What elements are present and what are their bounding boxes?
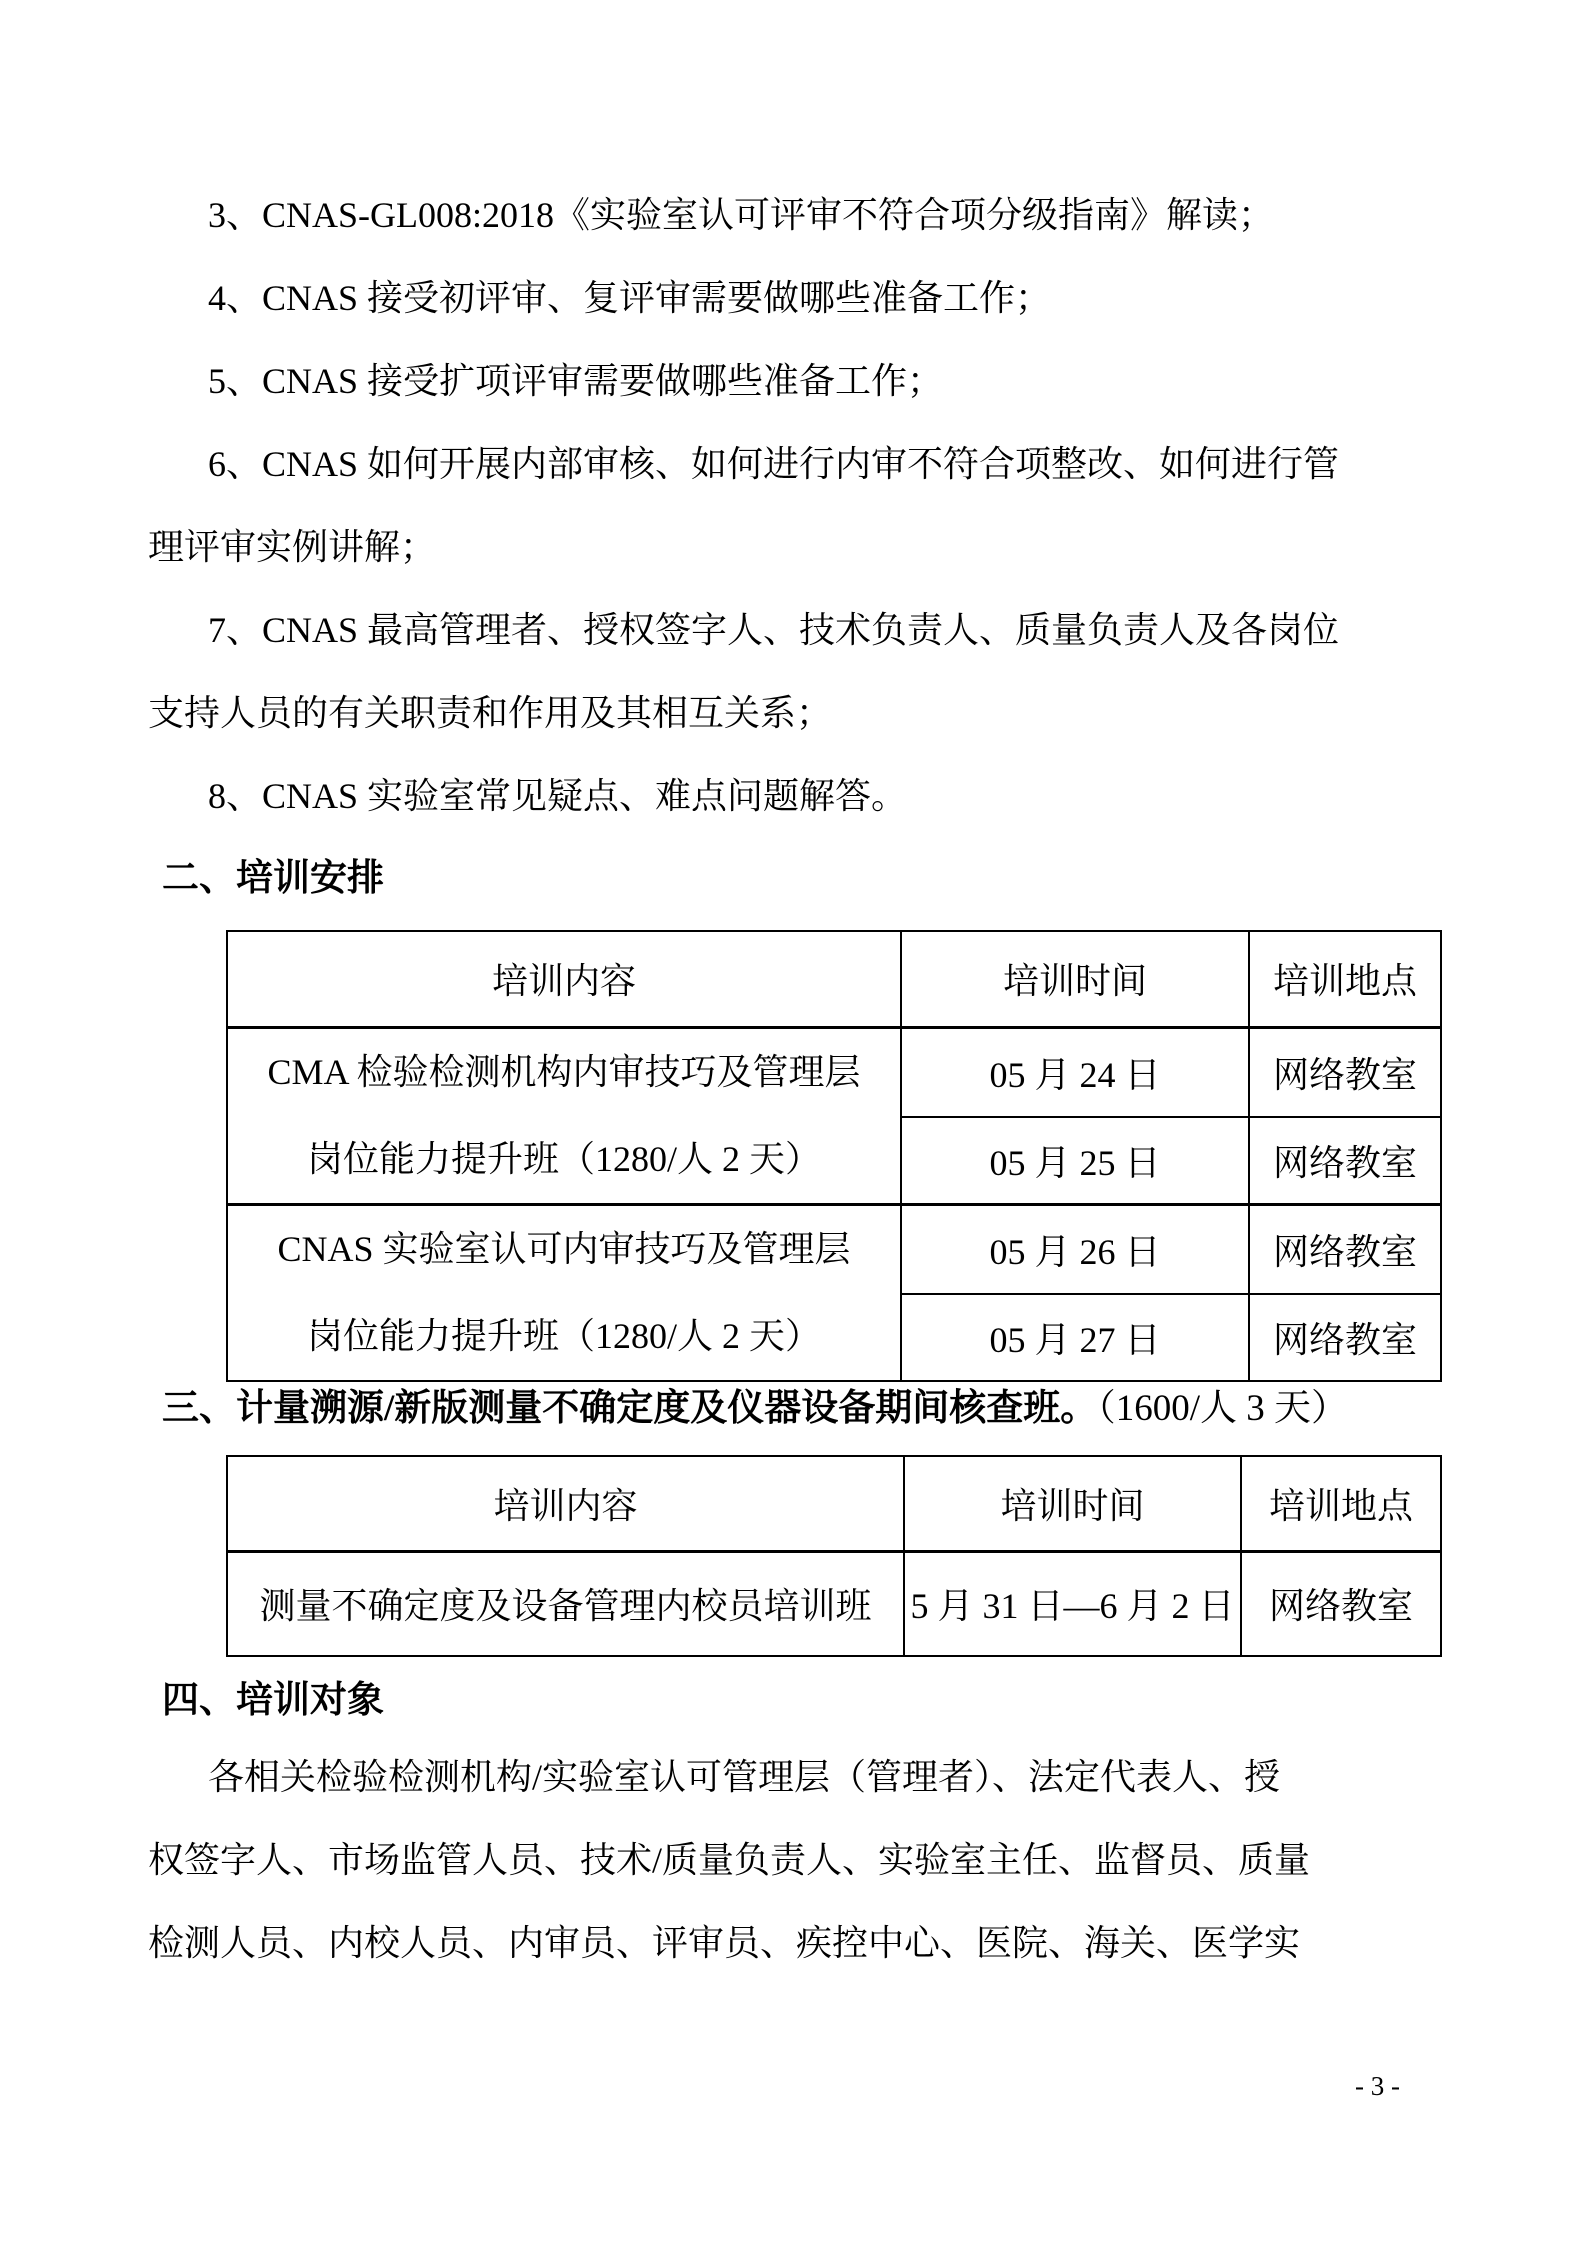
- table-header-row: 培训内容 培训时间 培训地点: [227, 931, 1441, 1027]
- location-cell: 网络教室: [1249, 1027, 1441, 1117]
- time-cell: 5 月 31 日—6 月 2 日: [904, 1551, 1241, 1656]
- course-cell: 测量不确定度及设备管理内校员培训班: [227, 1551, 904, 1656]
- time-cell: 05 月 25 日: [901, 1117, 1249, 1204]
- page-number: - 3 -: [1355, 2070, 1400, 2102]
- header-cell-content: 培训内容: [227, 931, 901, 1027]
- list-item-7-line-1: 7、CNAS 最高管理者、授权签字人、技术负责人、质量负责人及各岗位: [208, 608, 1339, 652]
- heading-bold-text: 三、计量溯源/新版测量不确定度及仪器设备期间核查班。: [162, 1388, 1097, 1429]
- table-row: CNAS 实验室认可内审技巧及管理层 岗位能力提升班（1280/人 2 天） 0…: [227, 1204, 1441, 1294]
- course-line: CMA 检验检测机构内审技巧及管理层: [228, 1029, 900, 1116]
- course-line: CNAS 实验室认可内审技巧及管理层: [228, 1206, 900, 1293]
- table-row: CMA 检验检测机构内审技巧及管理层 岗位能力提升班（1280/人 2 天） 0…: [227, 1027, 1441, 1117]
- time-cell: 05 月 27 日: [901, 1294, 1249, 1381]
- heading-price-note: （1600/人 3 天）: [1097, 1388, 1348, 1429]
- metrology-table: 培训内容 培训时间 培训地点 测量不确定度及设备管理内校员培训班 5 月 31 …: [226, 1455, 1442, 1657]
- section-heading-metrology: 三、计量溯源/新版测量不确定度及仪器设备期间核查班。（1600/人 3 天）: [162, 1386, 1348, 1432]
- course-cell-group-1: CMA 检验检测机构内审技巧及管理层 岗位能力提升班（1280/人 2 天）: [227, 1027, 901, 1204]
- list-item-6-line-2: 理评审实例讲解；: [148, 525, 436, 569]
- audience-paragraph-line-2: 权签字人、市场监管人员、技术/质量负责人、实验室主任、监督员、质量: [148, 1838, 1310, 1882]
- time-cell: 05 月 24 日: [901, 1027, 1249, 1117]
- table-row: 测量不确定度及设备管理内校员培训班 5 月 31 日—6 月 2 日 网络教室: [227, 1551, 1441, 1656]
- header-cell-time: 培训时间: [901, 931, 1249, 1027]
- time-cell: 05 月 26 日: [901, 1204, 1249, 1294]
- list-item-3: 3、CNAS-GL008:2018《实验室认可评审不符合项分级指南》解读；: [208, 193, 1274, 237]
- header-cell-content: 培训内容: [227, 1456, 904, 1551]
- header-cell-time: 培训时间: [904, 1456, 1241, 1551]
- course-line: 岗位能力提升班（1280/人 2 天）: [228, 1116, 900, 1203]
- document-page: 3、CNAS-GL008:2018《实验室认可评审不符合项分级指南》解读； 4、…: [0, 0, 1588, 2245]
- section-heading-audience: 四、培训对象: [162, 1678, 384, 1724]
- course-cell-group-2: CNAS 实验室认可内审技巧及管理层 岗位能力提升班（1280/人 2 天）: [227, 1204, 901, 1381]
- list-item-5: 5、CNAS 接受扩项评审需要做哪些准备工作；: [208, 359, 943, 403]
- location-cell: 网络教室: [1241, 1551, 1441, 1656]
- location-cell: 网络教室: [1249, 1294, 1441, 1381]
- location-cell: 网络教室: [1249, 1204, 1441, 1294]
- list-item-4: 4、CNAS 接受初评审、复评审需要做哪些准备工作；: [208, 276, 1051, 320]
- course-line: 岗位能力提升班（1280/人 2 天）: [228, 1293, 900, 1380]
- list-item-8: 8、CNAS 实验室常见疑点、难点问题解答。: [208, 774, 907, 818]
- schedule-table: 培训内容 培训时间 培训地点 CMA 检验检测机构内审技巧及管理层 岗位能力提升…: [226, 930, 1442, 1382]
- section-heading-schedule: 二、培训安排: [162, 856, 384, 902]
- list-item-6-line-1: 6、CNAS 如何开展内部审核、如何进行内审不符合项整改、如何进行管: [208, 442, 1339, 486]
- header-cell-location: 培训地点: [1249, 931, 1441, 1027]
- table-header-row: 培训内容 培训时间 培训地点: [227, 1456, 1441, 1551]
- location-cell: 网络教室: [1249, 1117, 1441, 1204]
- list-item-7-line-2: 支持人员的有关职责和作用及其相互关系；: [148, 691, 832, 735]
- header-cell-location: 培训地点: [1241, 1456, 1441, 1551]
- audience-paragraph-line-1: 各相关检验检测机构/实验室认可管理层（管理者）、法定代表人、授: [208, 1755, 1280, 1799]
- audience-paragraph-line-3: 检测人员、内校人员、内审员、评审员、疾控中心、医院、海关、医学实: [148, 1921, 1300, 1965]
